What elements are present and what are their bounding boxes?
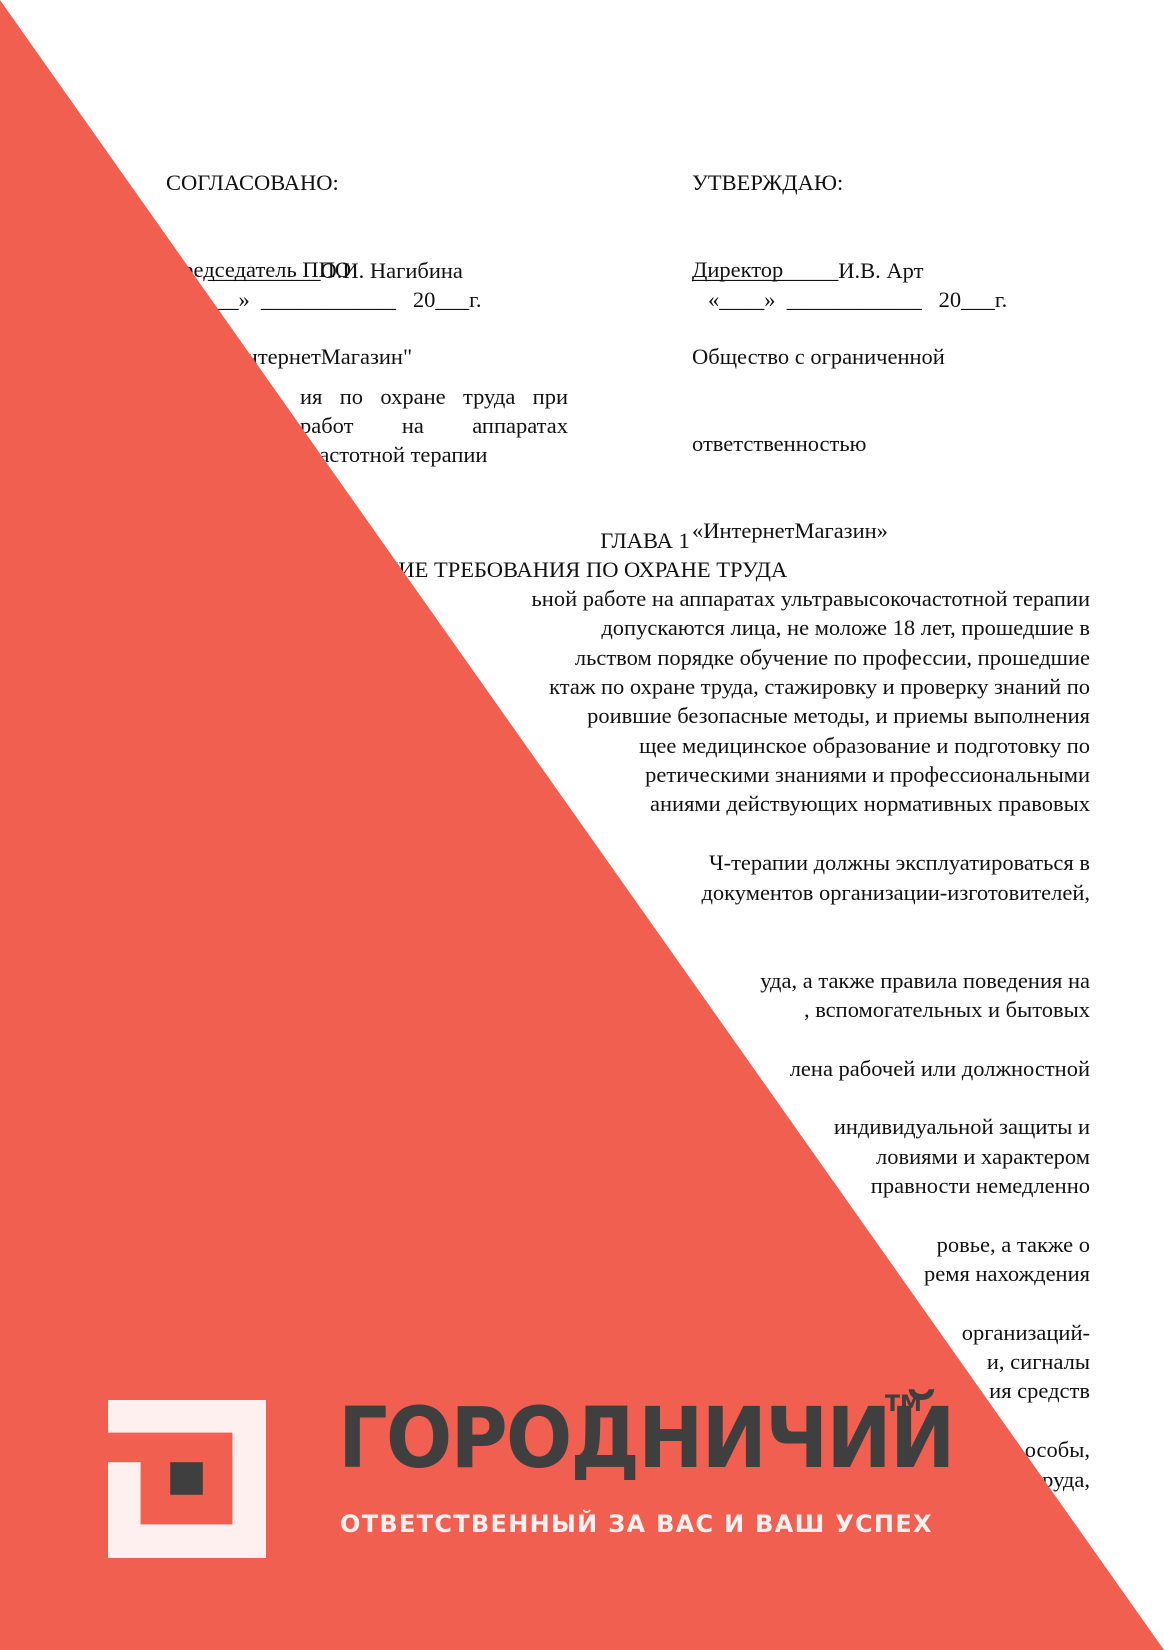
approval-right-date: «____» ____________ 20___г. [708,285,1007,314]
body-line: Ч-терапии должны эксплуатироваться в [709,848,1090,877]
approval-right-heading: УТВЕРЖДАЮ: [692,168,945,197]
body-line: руда, [1042,1465,1090,1494]
brand-name: ГОРОДНИЧИЙ [338,1388,953,1488]
body-line: документов организации-изготовителей, [701,878,1090,907]
body-line: и, сигналы [987,1347,1090,1376]
brand-slogan: ОТВЕТСТВЕННЫЙ ЗА ВАС И ВАШ УСПЕХ [340,1510,933,1538]
body-line: ретическими знаниями и профессиональными [645,760,1090,789]
body-line: ровье, а также о [937,1230,1090,1259]
body-line: , вспомогательных и бытовых [804,995,1090,1024]
body-line: правности немедленно [871,1171,1090,1200]
body-line: ьной работе на аппаратах ультравысокочас… [532,584,1090,613]
body-line: организаций- [962,1318,1090,1347]
approval-left-line: ООО "ИнтернетМагазин" [166,342,412,371]
approval-left-date: __» ____________ 20___г. [216,285,481,314]
chapter-title: БЩИЕ ТРЕБОВАНИЯ ПО ОХРАНЕ ТРУДА [0,555,1150,584]
body-line: ктаж по охране труда, стажировку и прове… [549,672,1090,701]
body-line: щее медицинское образование и подготовку… [639,731,1090,760]
title-line: частотной терапии [300,440,568,469]
body-line: допускаются лица, не моложе 18 лет, прош… [601,613,1090,642]
body-line: ия средств [989,1376,1090,1405]
body-line: лена рабочей или должностной [790,1054,1090,1083]
body-line: индивидуальной защиты и [834,1112,1090,1141]
body-line: аниями действующих нормативных правовых [650,789,1090,818]
title-line: ия по охране труда при [300,382,568,411]
body-line: ловиями и характером [876,1142,1090,1171]
body-line: льством порядке обучение по профессии, п… [575,643,1090,672]
approval-right-line: ответственностью [692,429,945,458]
body-line: ремя нахождения [924,1259,1090,1288]
approval-left-heading: СОГЛАСОВАНО: [166,168,412,197]
body-line: особы, [1025,1435,1090,1464]
brand-logo-icon [108,1400,266,1558]
approval-right-signature: _____________И.В. Арт [692,256,923,285]
document-title: ия по охране труда при работ на аппарата… [300,382,568,469]
chapter-number: ГЛАВА 1 [0,526,1164,555]
body-line: уда, а также правила поведения на [760,966,1090,995]
body-line: роившие безопасные методы, и приемы выпо… [587,701,1090,730]
title-line: работ на аппаратах [300,411,568,440]
approval-left-signature: __________О.И. Нагибина [208,256,463,285]
trademark-sign: TM [885,1392,922,1417]
approval-right-line: Общество с ограниченной [692,342,945,371]
